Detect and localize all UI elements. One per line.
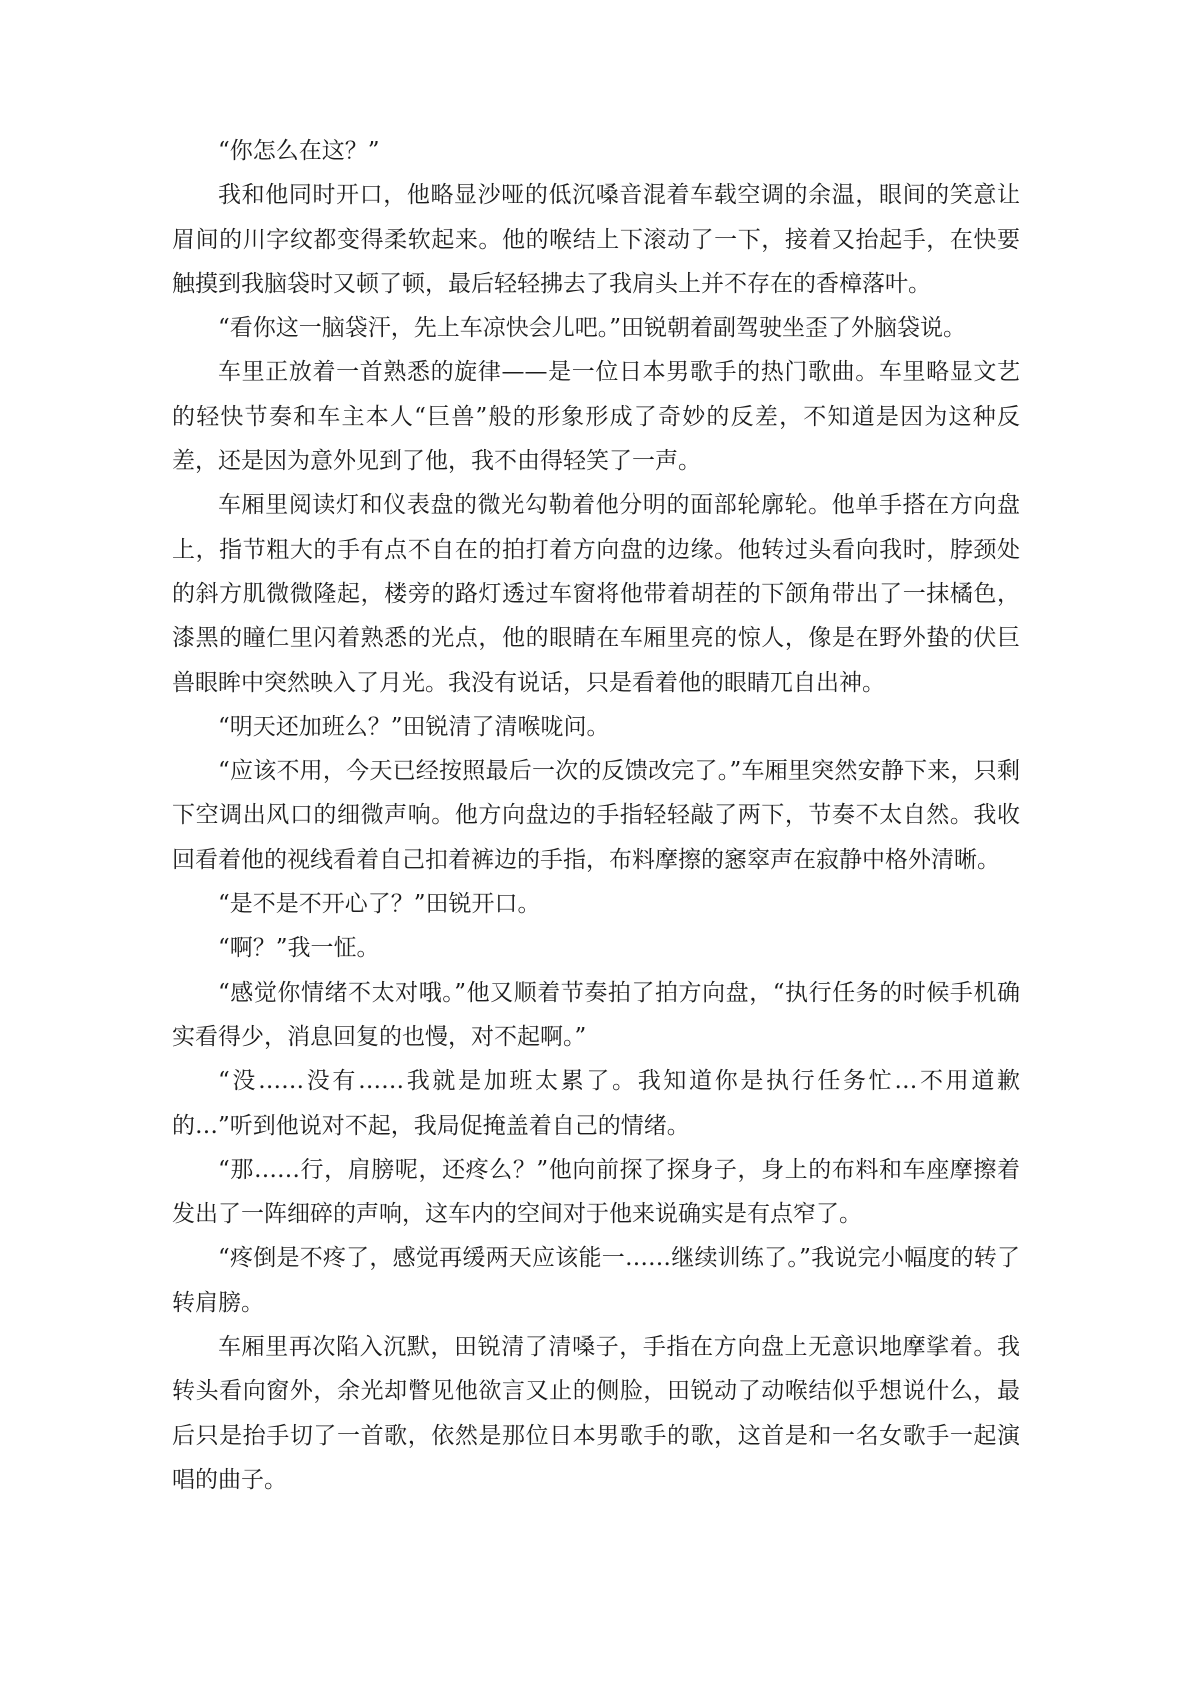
paragraph: “明天还加班么？”田锐清了清喉咙问。 — [172, 705, 1020, 749]
paragraph: 车里正放着一首熟悉的旋律——是一位日本男歌手的热门歌曲。车里略显文艺的轻快节奏和… — [172, 350, 1020, 483]
paragraph: “疼倒是不疼了，感觉再缓两天应该能一……继续训练了。”我说完小幅度的转了转肩膀。 — [172, 1236, 1020, 1325]
paragraph: 车厢里阅读灯和仪表盘的微光勾勒着他分明的面部轮廓轮。他单手搭在方向盘上，指节粗大… — [172, 483, 1020, 704]
paragraph: “没……没有……我就是加班太累了。我知道你是执行任务忙…不用道歉的…”听到他说对… — [172, 1059, 1020, 1148]
document-body: “你怎么在这？” 我和他同时开口，他略显沙哑的低沉嗓音混着车载空调的余温，眼间的… — [172, 129, 1020, 1502]
paragraph: “看你这一脑袋汗，先上车凉快会儿吧。”田锐朝着副驾驶坐歪了外脑袋说。 — [172, 306, 1020, 350]
document-page: “你怎么在这？” 我和他同时开口，他略显沙哑的低沉嗓音混着车载空调的余温，眼间的… — [0, 0, 1190, 1683]
paragraph: 车厢里再次陷入沉默，田锐清了清嗓子，手指在方向盘上无意识地摩挲着。我转头看向窗外… — [172, 1325, 1020, 1502]
paragraph: 我和他同时开口，他略显沙哑的低沉嗓音混着车载空调的余温，眼间的笑意让眉间的川字纹… — [172, 173, 1020, 306]
paragraph: “应该不用，今天已经按照最后一次的反馈改完了。”车厢里突然安静下来，只剩下空调出… — [172, 749, 1020, 882]
paragraph: “感觉你情绪不太对哦。”他又顺着节奏拍了拍方向盘，“执行任务的时候手机确实看得少… — [172, 971, 1020, 1060]
paragraph: “是不是不开心了？”田锐开口。 — [172, 882, 1020, 926]
paragraph: “啊？”我一怔。 — [172, 926, 1020, 970]
paragraph: “你怎么在这？” — [172, 129, 1020, 173]
paragraph: “那……行，肩膀呢，还疼么？”他向前探了探身子，身上的布料和车座摩擦着发出了一阵… — [172, 1148, 1020, 1237]
